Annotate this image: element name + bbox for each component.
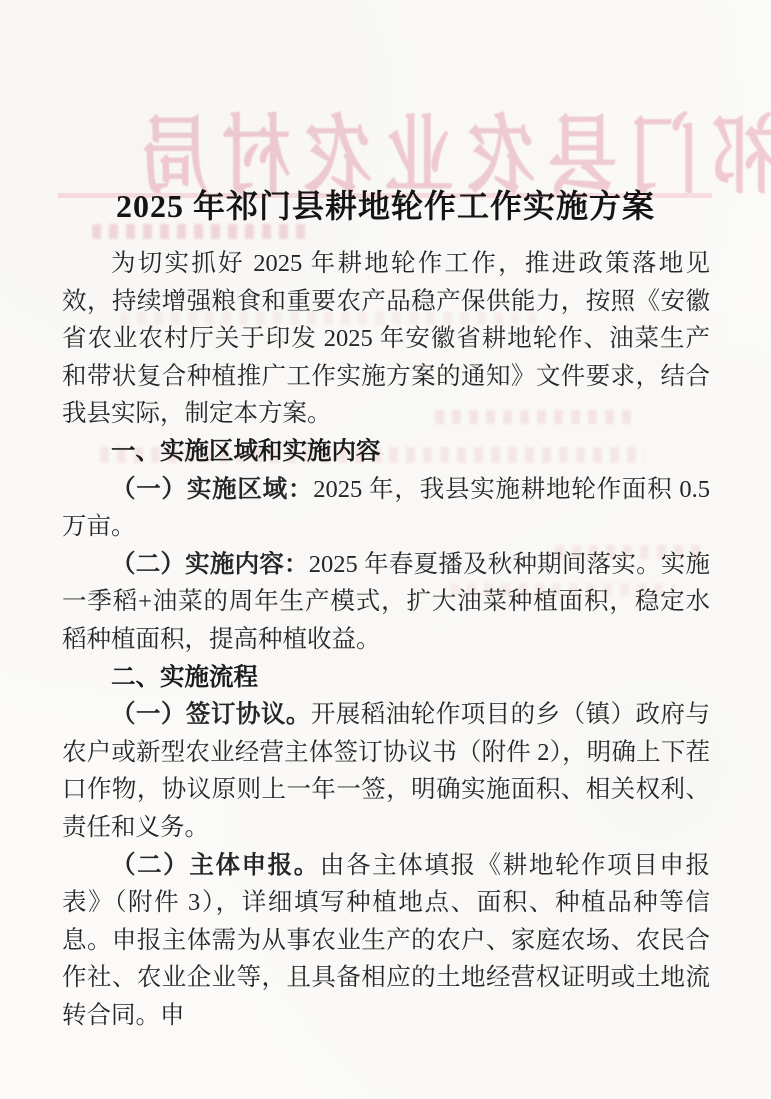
paragraph-lead: （一）签订协议。 [111, 701, 311, 728]
document-body: 为切实抓好 2025 年耕地轮作工作，推进政策落地见效，持续增强粮食和重要农产品… [62, 245, 710, 1034]
section-heading-1: 一、实施区域和实施内容 [62, 433, 710, 471]
heading-text: 一、实施区域和实施内容 [111, 438, 381, 465]
paragraph-lead: （二）主体申报。 [111, 852, 320, 879]
paragraph-lead: （二）实施内容： [111, 551, 309, 578]
heading-text: 二、实施流程 [111, 664, 258, 691]
paragraph-text: 为切实抓好 2025 年耕地轮作工作，推进政策落地见效，持续增强粮食和重要农产品… [62, 250, 710, 427]
section-heading-2: 二、实施流程 [62, 659, 710, 697]
paragraph-implementation-area: （一）实施区域：2025 年，我县实施耕地轮作面积 0.5 万亩。 [62, 471, 710, 546]
paragraph-intro: 为切实抓好 2025 年耕地轮作工作，推进政策落地见效，持续增强粮食和重要农产品… [62, 245, 710, 433]
page-title: 2025 年祁门县耕地轮作工作实施方案 [116, 181, 655, 227]
paragraph-lead: （一）实施区域： [111, 476, 313, 503]
paragraph-sign-agreement: （一）签订协议。开展稻油轮作项目的乡（镇）政府与农户或新型农业经营主体签订协议书… [62, 696, 710, 846]
paragraph-implementation-content: （二）实施内容：2025 年春夏播及秋种期间落实。实施一季稻+油菜的周年生产模式… [62, 546, 710, 659]
paragraph-subject-declaration: （二）主体申报。由各主体填报《耕地轮作项目申报表》（附件 3），详细填写种植地点… [62, 847, 710, 1035]
title-row: 2025 年祁门县耕地轮作工作实施方案 [0, 181, 771, 227]
scanned-document-page: 祁门县农业农村局 2025 年祁门县耕地轮作工作实施方案 为切实抓好 2025 … [0, 0, 771, 1099]
